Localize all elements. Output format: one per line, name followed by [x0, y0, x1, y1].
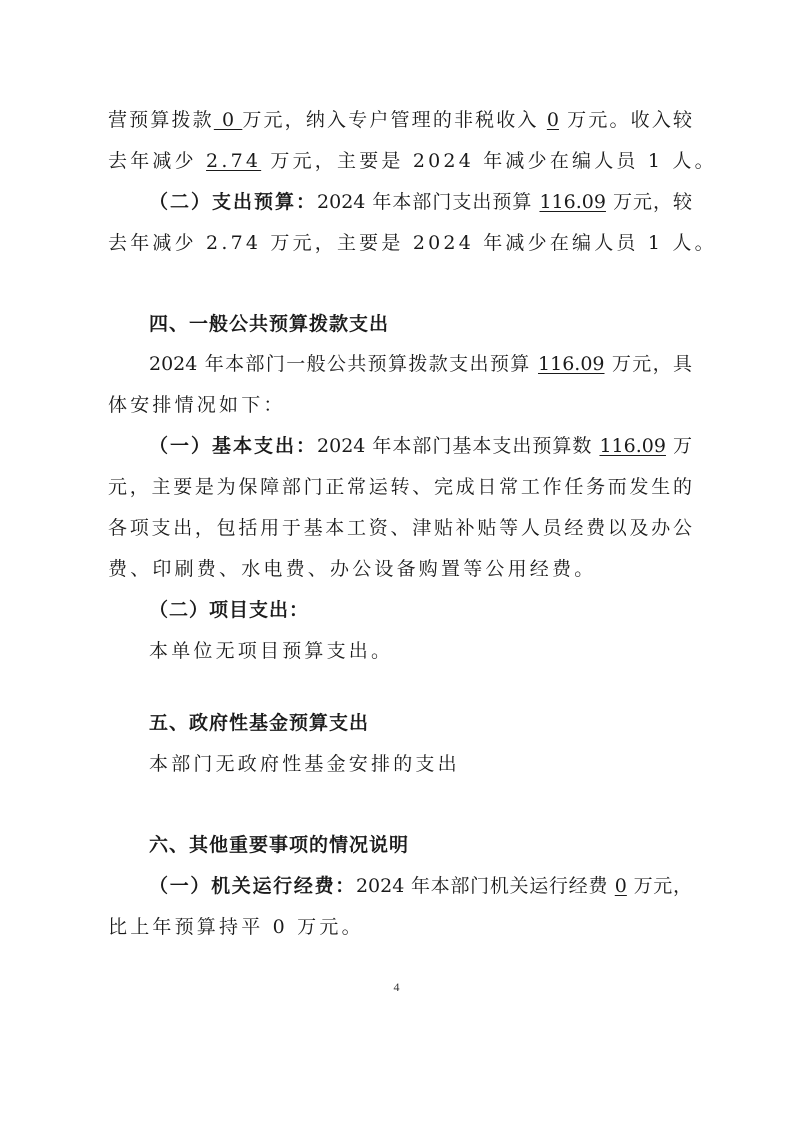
bold-label: （一）基本支出： [149, 435, 317, 457]
section-heading-5: 五、政府性基金预算支出 [149, 711, 692, 735]
body-line-2: 去年减少 2.74 万元，主要是 2024 年减少在编人员 1 人。 [108, 149, 692, 173]
underlined-value: 116.09 [539, 191, 605, 213]
text-run: 2024 年本部门支出预算 [317, 191, 539, 213]
operating-cost-line: （一）机关运行经费：2024 年本部门机关运行经费 0 万元， [149, 874, 692, 898]
text-run: 去年减少 [108, 150, 206, 172]
bold-label: （二）支出预算： [149, 191, 317, 213]
text-run: 万元，纳入专户管理的非税收入 [242, 109, 547, 131]
section-heading-4: 四、一般公共预算拨款支出 [149, 312, 692, 336]
text-run: 2024 年本部门机关运行经费 [356, 875, 615, 897]
body-line-10: 各项支出，包括用于基本工资、津贴补贴等人员经费以及办公 [108, 516, 692, 540]
text-run: 2024 年本部门一般公共预算拨款支出预算 [149, 353, 538, 375]
underlined-value: 2.74 [206, 150, 261, 172]
text-run: 万元，具 [605, 353, 693, 375]
text-run: 万元，主要是 2024 年减少在编人员 1 人。 [261, 150, 717, 172]
body-line-13: 本单位无项目预算支出。 [149, 639, 692, 663]
text-run: 本单位无项目预算支出。 [149, 640, 393, 662]
underlined-value: 116.09 [538, 353, 604, 375]
text-run: 比上年预算持平 0 万元。 [108, 916, 364, 938]
text-run: 六、其他重要事项的情况说明 [149, 834, 409, 856]
text-run: 万元，较 [606, 191, 692, 213]
text-run: 去年减少 2.74 万元，主要是 2024 年减少在编人员 1 人。 [108, 232, 717, 254]
body-line-18: 比上年预算持平 0 万元。 [108, 915, 692, 939]
text-run: 各项支出，包括用于基本工资、津贴补贴等人员经费以及办公 [108, 517, 692, 539]
body-line-4: 去年减少 2.74 万元，主要是 2024 年减少在编人员 1 人。 [108, 231, 692, 255]
text-run: 万 [666, 435, 692, 457]
document-page: 营预算拨款 0 万元，纳入专户管理的非税收入 0 万元。收入较 去年减少 2.7… [0, 0, 793, 1122]
bold-label: （一）机关运行经费： [149, 875, 356, 897]
text-run: 五、政府性基金预算支出 [149, 712, 369, 734]
text-run: 四、一般公共预算拨款支出 [149, 313, 389, 335]
underlined-value: 116.09 [599, 435, 665, 457]
text-run: 万元。收入较 [559, 109, 692, 131]
bold-label: （二）项目支出： [149, 599, 309, 621]
text-run: 费、印刷费、水电费、办公设备购置等公用经费。 [108, 558, 596, 580]
text-run: 体安排情况如下： [108, 394, 286, 416]
body-line-9: 元，主要是为保障部门正常运转、完成日常工作任务而发生的 [108, 475, 692, 499]
underlined-value: 0 [547, 109, 559, 131]
text-run: 万元， [627, 875, 692, 897]
underlined-value: 0 [214, 109, 243, 131]
text-run: 营预算拨款 [108, 109, 214, 131]
section-heading-6: 六、其他重要事项的情况说明 [149, 833, 692, 857]
body-line-7: 体安排情况如下： [108, 393, 692, 417]
body-line-11: 费、印刷费、水电费、办公设备购置等公用经费。 [108, 557, 692, 581]
text-run: 本部门无政府性基金安排的支出 [149, 753, 460, 775]
expenditure-budget-line: （二）支出预算：2024 年本部门支出预算 116.09 万元，较 [149, 190, 692, 214]
body-line-6: 2024 年本部门一般公共预算拨款支出预算 116.09 万元，具 [149, 352, 692, 376]
text-run: 元，主要是为保障部门正常运转、完成日常工作任务而发生的 [108, 476, 692, 498]
project-expenditure-heading: （二）项目支出： [149, 598, 692, 622]
underlined-value: 0 [615, 875, 627, 897]
text-run: 2024 年本部门基本支出预算数 [317, 435, 599, 457]
page-number: 4 [0, 980, 793, 995]
body-line-15: 本部门无政府性基金安排的支出 [149, 752, 692, 776]
basic-expenditure-line: （一）基本支出：2024 年本部门基本支出预算数 116.09 万 [149, 434, 692, 458]
body-line-1: 营预算拨款 0 万元，纳入专户管理的非税收入 0 万元。收入较 [108, 108, 692, 132]
